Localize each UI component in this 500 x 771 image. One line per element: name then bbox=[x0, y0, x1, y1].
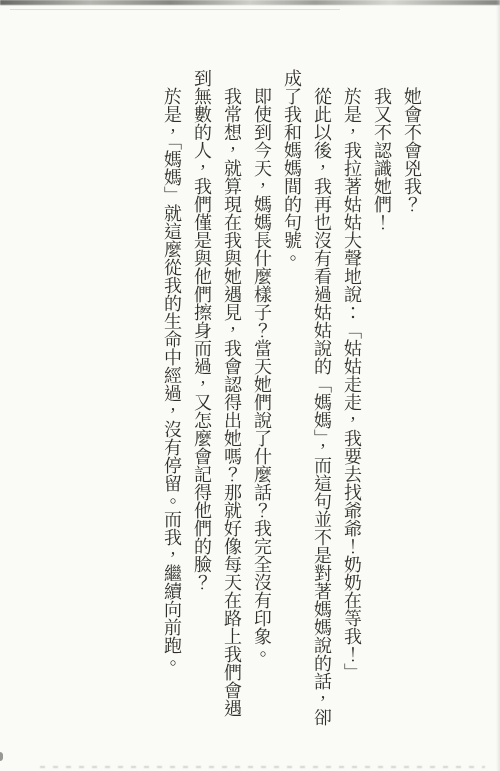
text-column-1: 她會不會兇我？ bbox=[397, 69, 427, 726]
scan-artifact-top-edge bbox=[0, 0, 500, 5]
text-column-8: 到無數的人，我們僅是與他們擦身而過，又怎麼會記得他們的臉？ bbox=[187, 69, 217, 726]
book-page: 她會不會兇我？ 我又不認識她們！ 於是，我拉著姑姑大聲地說：「姑姑走走，我要去找… bbox=[0, 0, 500, 771]
text-column-3: 於是，我拉著姑姑大聲地說：「姑姑走走，我要去找爺爺！奶奶在等我！」 bbox=[337, 69, 367, 726]
scan-artifact-top-line bbox=[10, 9, 340, 10]
text-column-5: 成了我和媽媽間的句號。 bbox=[277, 69, 307, 726]
scan-artifact-bottom-edge bbox=[40, 766, 485, 768]
scan-artifact-right-edge bbox=[496, 0, 500, 771]
scan-artifact-left-spot bbox=[0, 752, 3, 761]
text-column-4: 從此以後，我再也沒有看過姑姑說的「媽媽」，而這句並不是對著媽媽說的話，卻 bbox=[307, 69, 337, 726]
vertical-text-block: 她會不會兇我？ 我又不認識她們！ 於是，我拉著姑姑大聲地說：「姑姑走走，我要去找… bbox=[157, 69, 427, 726]
text-column-6: 即使到今天，媽媽長什麼樣子？當天她們說了什麼話？我完全沒有印象。 bbox=[247, 69, 277, 726]
text-column-7: 我常想，就算現在我與她遇見，我會認得出她嗎？那就好像每天在路上我們會遇 bbox=[217, 69, 247, 726]
text-column-9: 於是，「媽媽」就這麼從我的生命中經過，沒有停留。而我，繼續向前跑。 bbox=[157, 69, 187, 726]
text-column-2: 我又不認識她們！ bbox=[367, 69, 397, 726]
